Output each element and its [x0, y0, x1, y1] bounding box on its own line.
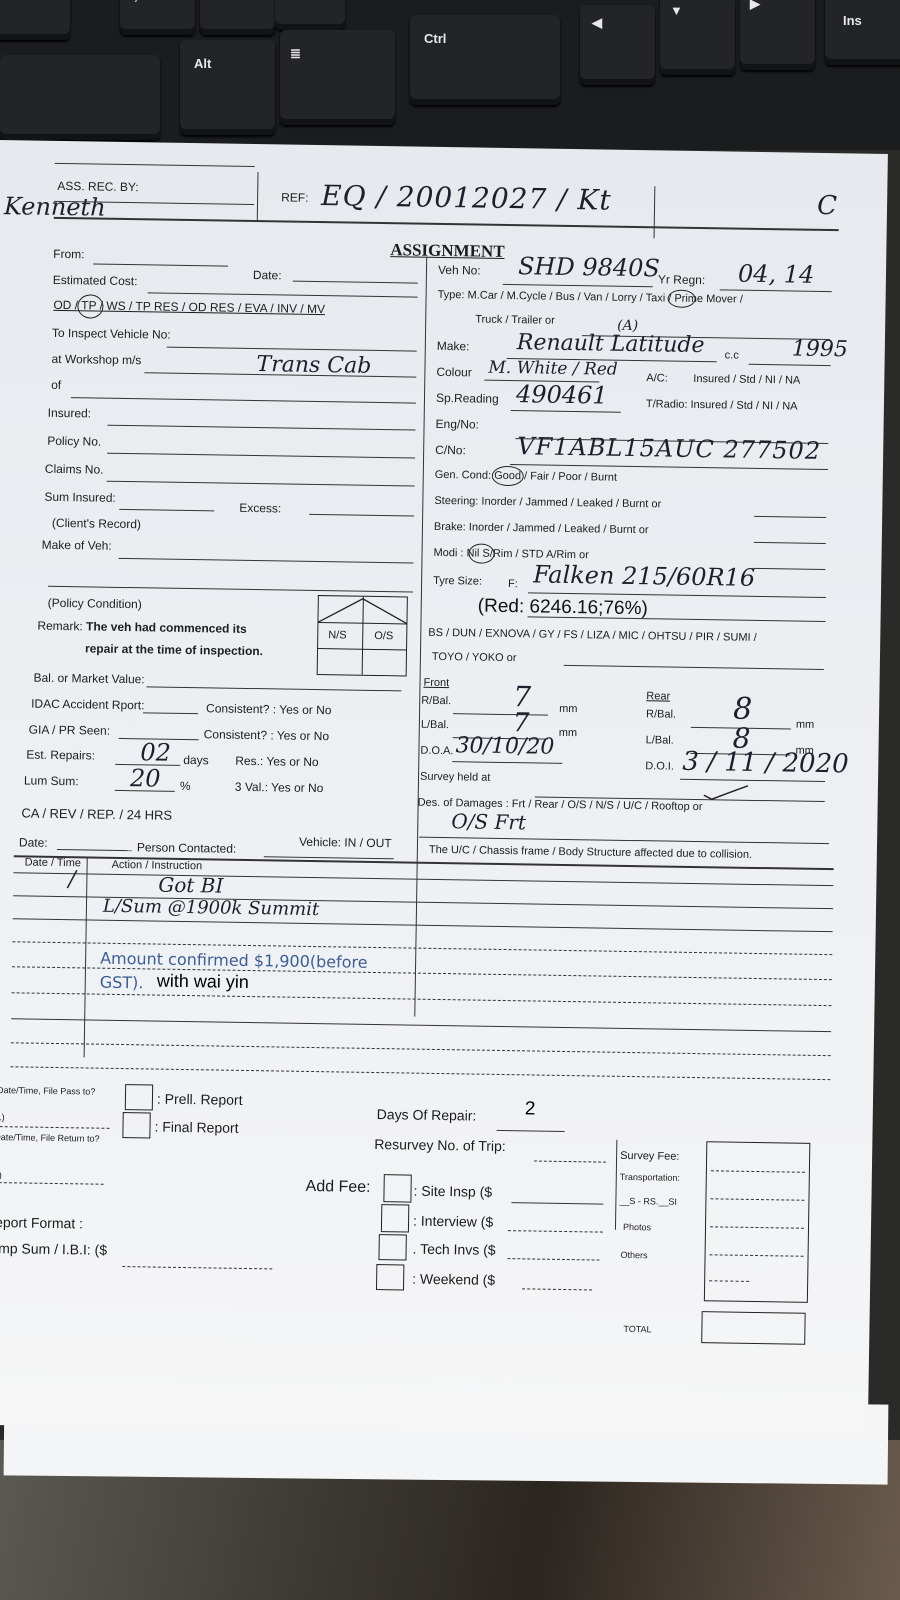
inspect-vehicle-label: To Inspect Vehicle No: [52, 326, 171, 342]
doa-value: 30/10/20 [455, 733, 554, 760]
vehicle-side-diagram: N/S O/S [317, 595, 408, 676]
date2-field[interactable] [57, 849, 132, 851]
survey-held-label: Survey held at [420, 771, 491, 784]
make-of-veh-field[interactable] [118, 558, 413, 564]
yr-regn-label: Yr Regn: [658, 272, 706, 287]
type-taxi-circle [667, 290, 695, 308]
doi-value: 3 / 11 / 2020 [682, 747, 849, 780]
steering-other-field[interactable] [754, 516, 826, 518]
bal-market-field[interactable] [146, 686, 401, 691]
sp-reading-value: 490461 [516, 380, 608, 409]
key-left-arrow: ◀ [580, 5, 655, 85]
rear-rbal-label: R/Bal. [646, 708, 676, 720]
yr-regn-value: 04, 14 [738, 260, 815, 289]
interview-checkbox[interactable] [381, 1204, 409, 1232]
from-field[interactable] [93, 263, 228, 266]
front-label: Front [423, 677, 449, 689]
days-of-repair-label: Days Of Repair: [377, 1106, 477, 1124]
res-options: Res.: Yes or No [235, 754, 319, 769]
chassis-line: The U/C / Chassis frame / Body Structure… [429, 844, 752, 861]
key-blank [0, 55, 160, 140]
c-no-value: VF1ABL15AUC 277502 [517, 432, 821, 465]
file-pass-field[interactable] [0, 1126, 109, 1129]
item2-label: 2) [0, 1170, 2, 1180]
person-contacted-label: Person Contacted: [137, 840, 237, 856]
colour-label: Colour [436, 365, 472, 380]
date2-label: Date: [19, 835, 48, 849]
from-label: From: [53, 247, 85, 261]
ac-label: A/C: [646, 372, 668, 384]
site-insp-checkbox[interactable] [383, 1174, 411, 1202]
doa-field[interactable] [452, 761, 562, 764]
report-format-label: Report Format : [0, 1214, 83, 1232]
weekend-label: : Weekend ($ [412, 1271, 495, 1288]
damages-field[interactable] [419, 837, 829, 844]
down-arrow-icon: ▼ [670, 3, 683, 18]
percent-sign: % [180, 779, 191, 793]
date-field[interactable] [293, 281, 418, 284]
key-right-arrow: ▶ [740, 0, 815, 70]
cc-field[interactable] [749, 364, 831, 366]
vehicle-type-line2: Truck / Trailer or [475, 313, 555, 326]
tyre-brands-line2: TOYO / YOKO or [432, 651, 517, 664]
gen-cond: Gen. Cond: Good / Fair / Poor / Burnt [435, 469, 617, 484]
total-field[interactable] [701, 1311, 805, 1345]
of-field[interactable] [71, 397, 416, 403]
menu-icon: ≣ [290, 46, 301, 62]
make-of-veh-label: Make of Veh: [42, 538, 112, 553]
ns-label: N/S [328, 629, 347, 641]
tyre-overlay-annotation: (Red: 6246.16;76%) [478, 596, 648, 621]
os-label: O/S [374, 630, 393, 642]
brake: Brake: Inorder / Jammed / Leaked / Burnt… [434, 521, 649, 536]
brake-other-field[interactable] [754, 542, 826, 544]
sp-reading-field[interactable] [511, 410, 621, 413]
sum-insured-field[interactable] [119, 509, 214, 511]
estimated-cost-label: Estimated Cost: [53, 273, 138, 288]
log-row-action: Got BI [158, 873, 223, 898]
log-row-date: / [68, 867, 76, 892]
c-no-field[interactable] [510, 464, 828, 470]
insured-field[interactable] [108, 425, 416, 431]
photos-label: Photos [623, 1222, 651, 1232]
prelim-report-label: : Prell. Report [157, 1091, 243, 1108]
key-period [200, 0, 275, 35]
gia-label: GIA / PR Seen: [29, 723, 111, 738]
key-slash [275, 0, 345, 30]
amount-confirmed-note-line2: GST). [100, 973, 144, 993]
doa-label: D.O.A. [420, 745, 453, 758]
est-repairs-label: Est. Repairs: [26, 747, 95, 762]
tyre-brand-other-field[interactable] [564, 665, 824, 670]
modi-nil-circle [468, 543, 494, 563]
key-alt: Alt [180, 40, 275, 135]
ref-value: EQ / 20012027 / Kt [321, 179, 612, 217]
claim-type-tp-circle [77, 294, 103, 318]
add-fee-label: Add Fee: [305, 1178, 370, 1197]
interview-label: : Interview ($ [413, 1213, 493, 1230]
ass-rec-by-label: ASS. REC. BY: [57, 179, 139, 194]
idac-label: IDAC Accident Rport: [31, 697, 145, 713]
damages-value: O/S Frt [451, 809, 526, 834]
tyre-brands: BS / DUN / EXNOVA / GY / FS / LIZA / MIC… [428, 627, 757, 644]
lum-sum-label: Lum Sum: [24, 773, 79, 788]
assignment-form: ASS. REC. BY: Kenneth REF: EQ / 20012027… [0, 140, 888, 1439]
cc-value: 1995 [792, 336, 848, 362]
final-report-label: : Final Report [154, 1119, 238, 1136]
sum-insured-label: Sum Insured: [44, 490, 116, 505]
file-return-field[interactable] [0, 1182, 104, 1185]
rear-rbal-unit: mm [796, 719, 815, 731]
ca-rev-rep-options: CA / REV / REP. / 24 HRS [21, 805, 172, 822]
ac-options: Insured / Std / NI / NA [693, 373, 800, 387]
key-ctrl: Ctrl [410, 15, 560, 105]
of-label: of [51, 378, 61, 392]
tech-invs-checkbox[interactable] [378, 1234, 406, 1260]
file-return-label: Date/Time, File Return to? [0, 1132, 100, 1144]
modi: Modi : Nil S/Rim / STD A/Rim or [433, 547, 588, 561]
fee-breakdown-box [704, 1141, 811, 1303]
key-ins: Ins [825, 0, 900, 65]
idac-consistent: Consistent? : Yes or No [206, 701, 332, 717]
c-no-label: C/No: [435, 443, 466, 457]
car-roof-icon [318, 596, 406, 623]
lump-sum-field[interactable] [122, 1266, 272, 1269]
lump-sum-label: Lump Sum / I.B.I: ($ [0, 1240, 107, 1258]
final-report-checkbox[interactable] [122, 1112, 150, 1138]
transport-formula: __S - RS.__SI [619, 1196, 677, 1207]
resurvey-field[interactable] [534, 1161, 606, 1163]
doi-field[interactable] [680, 779, 825, 782]
veh-no-field[interactable] [503, 284, 653, 287]
key-comma: , [120, 0, 195, 35]
modi-other-field[interactable] [753, 568, 825, 570]
key-m [0, 0, 70, 40]
tradio-options: T/Radio: Insured / Std / NI / NA [646, 398, 798, 412]
tyre-size-label: Tyre Size: [433, 575, 482, 588]
left-arrow-icon: ◀ [592, 15, 602, 31]
log-column-divider [84, 857, 88, 1057]
log-col-action: Action / Instruction [112, 859, 203, 872]
workshop-value: Trans Cab [256, 352, 371, 379]
prelim-report-checkbox[interactable] [125, 1084, 153, 1110]
gen-cond-good-circle [492, 466, 524, 487]
est-repairs-value: 02 [140, 738, 171, 766]
key-down-arrow: ▼ [660, 0, 735, 75]
insured-label: Insured: [48, 406, 92, 421]
key-menu: ≣ [280, 30, 395, 125]
veh-no-value: SHD 9840S [518, 252, 660, 282]
weekend-checkbox[interactable] [376, 1264, 404, 1290]
item1-label: 1) [0, 1112, 5, 1122]
days-of-repair-value: 2 [525, 1098, 536, 1120]
form-title: ASSIGNMENT [390, 240, 505, 262]
front-lbal-label: L/Bal. [421, 719, 449, 731]
corner-mark: C [817, 191, 837, 221]
estimated-cost-field[interactable] [148, 292, 418, 297]
tyre-front-value: Falken 215/60R16 [533, 560, 755, 591]
doi-label: D.O.I. [645, 760, 674, 772]
rear-lbal-label: L/Bal. [646, 734, 674, 746]
front-lbal-unit: mm [559, 727, 578, 739]
remark: Remark: The veh had commenced its [37, 619, 247, 636]
rear-label: Rear [646, 690, 670, 702]
policy-no-label: Policy No. [47, 434, 101, 449]
site-insp-amount[interactable] [511, 1202, 603, 1204]
days-of-repair-field[interactable] [496, 1130, 564, 1132]
steering: Steering: Inorder / Jammed / Leaked / Bu… [434, 495, 661, 511]
vehicle-type-options: Type: M.Car / M.Cycle / Bus / Van / Lorr… [438, 289, 743, 306]
weekend-amount[interactable] [522, 1288, 592, 1290]
veh-no-label: Veh No: [438, 263, 481, 278]
lum-sum-value: 20 [130, 764, 161, 792]
total-label: TOTAL [623, 1324, 651, 1334]
vehicle-in-out: Vehicle: IN / OUT [299, 835, 392, 850]
cc-label: c.c [725, 349, 739, 361]
policy-no-field[interactable] [107, 453, 415, 459]
keyboard: , Alt ≣ Ctrl ◀ ▼ ▶ Ins [0, 0, 900, 150]
others-label: Others [620, 1250, 647, 1260]
excess-label: Excess: [239, 501, 281, 516]
transportation-label: Transportation: [620, 1172, 680, 1183]
claims-no-label: Claims No. [45, 462, 104, 477]
eng-no-label: Eng/No: [435, 417, 479, 432]
interview-amount[interactable] [508, 1230, 603, 1232]
survey-fee-label: Survey Fee: [620, 1150, 679, 1163]
idac-field[interactable] [143, 712, 198, 714]
ref-label: REF: [281, 190, 309, 204]
with-wai-yin-note: with wai yin [157, 971, 249, 993]
gia-consistent: Consistent? : Yes or No [204, 727, 330, 743]
front-rbal-unit: mm [559, 703, 578, 715]
claims-no-field[interactable] [107, 481, 415, 487]
tech-invs-amount[interactable] [507, 1258, 599, 1260]
tyre-front-label: F: [508, 578, 518, 590]
front-rbal-label: R/Bal. [421, 695, 451, 707]
clients-record-label: (Client's Record) [52, 516, 141, 531]
date-label: Date: [253, 268, 282, 282]
resurvey-label: Resurvey No. of Trip: [374, 1136, 506, 1154]
remark-line2: repair at the time of inspection. [85, 641, 263, 658]
tech-invs-label: . Tech Invs ($ [413, 1241, 496, 1258]
val3-options: 3 Val.: Yes or No [235, 780, 324, 795]
sp-reading-label: Sp.Reading [436, 391, 499, 406]
front-rbal-field[interactable] [453, 713, 548, 715]
right-arrow-icon: ▶ [750, 0, 760, 12]
policy-condition-label: (Policy Condition) [48, 596, 142, 611]
make-value: Renault Latitude [517, 330, 705, 358]
excess-field[interactable] [309, 514, 414, 517]
days-label: days [183, 753, 209, 767]
log-row-action: L/Sum @1900k Summit [103, 896, 320, 920]
file-pass-label: Date/Time, File Pass to? [0, 1085, 95, 1097]
inspect-vehicle-field[interactable] [167, 347, 417, 352]
site-insp-label: : Site Insp ($ [413, 1183, 492, 1200]
make-label: Make: [437, 339, 470, 354]
yr-regn-field[interactable] [720, 289, 832, 292]
bal-market-label: Bal. or Market Value: [33, 671, 144, 687]
colour-value: M. White / Red [488, 358, 618, 380]
workshop-label: at Workshop m/s [51, 352, 141, 367]
